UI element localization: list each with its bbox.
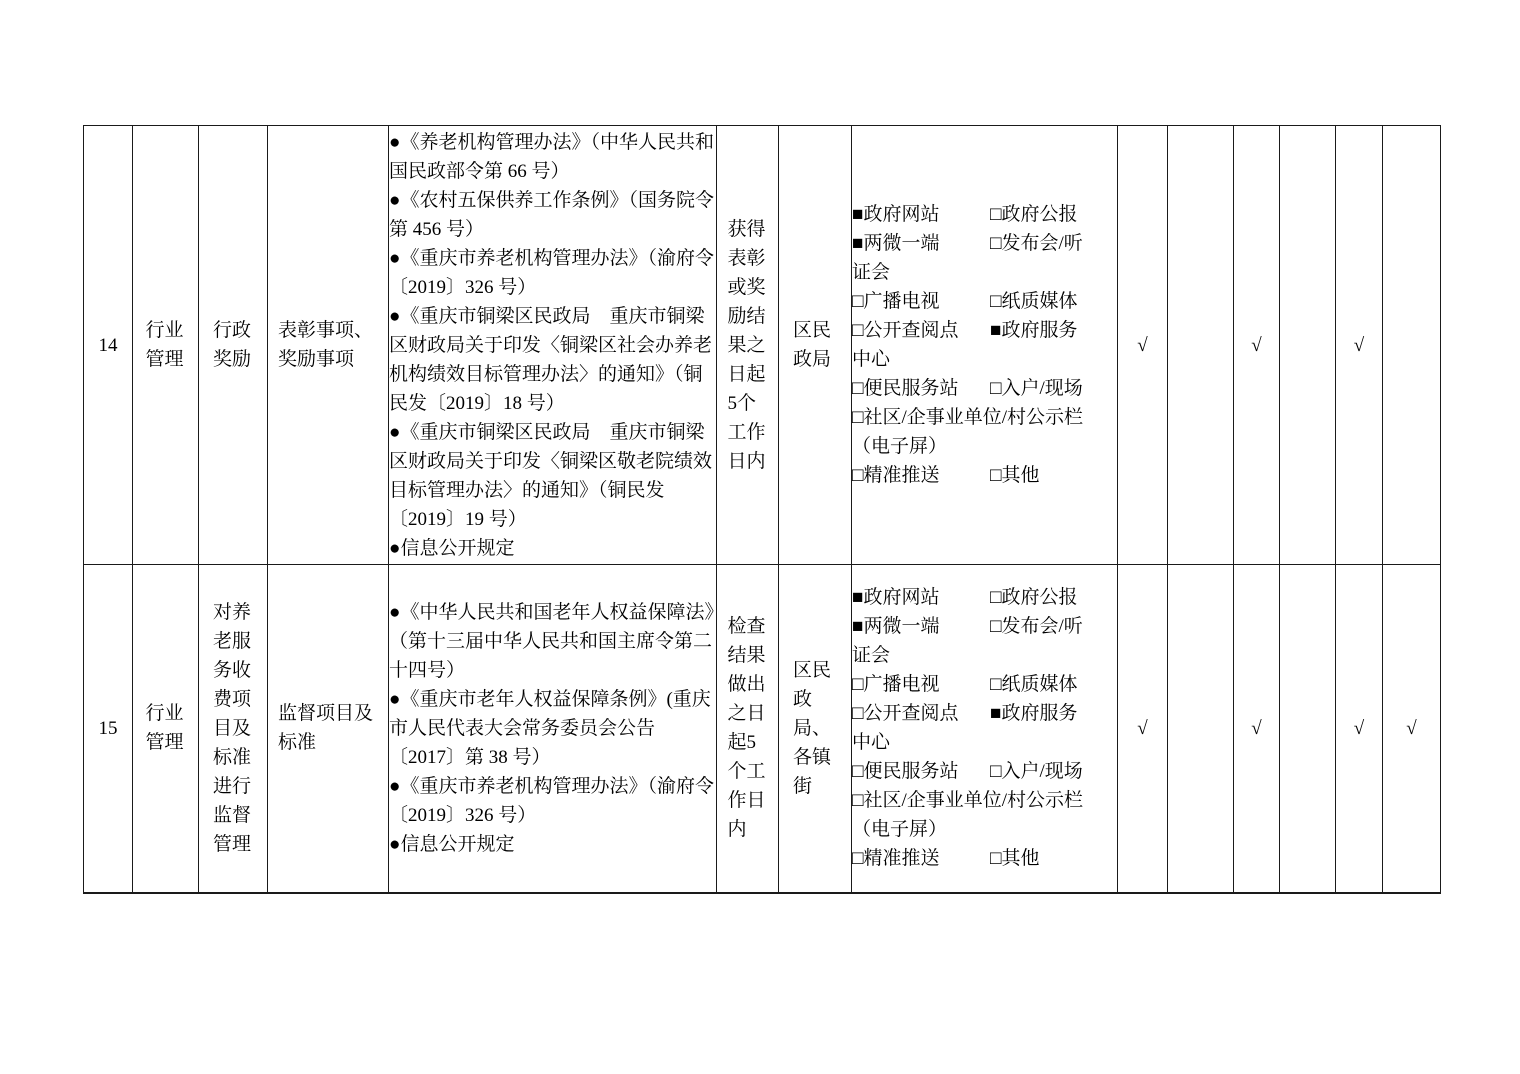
cell-check-4 xyxy=(1280,126,1336,565)
channel-item-left: □广播电视 xyxy=(852,287,990,316)
channel-item-right: ■政府服务 xyxy=(990,316,1077,345)
channel-item-left: ■两微一端 xyxy=(852,229,990,258)
cell-responsible-dept: 区民政局、各镇街 xyxy=(779,565,852,893)
cell-check-1: √ xyxy=(1118,126,1168,565)
channel-line: ■政府网站□政府公报 xyxy=(852,200,1117,229)
cell-category: 行业管理 xyxy=(133,126,199,565)
channel-item-left: □公开查阅点 xyxy=(852,699,990,728)
time-limit-text: 检查结果做出之日起5个工作日内 xyxy=(728,612,768,844)
cell-legal-basis: ●《中华人民共和国老年人权益保障法》（第十三届中华人民共和国主席令第二十四号） … xyxy=(389,565,717,893)
channel-item-right: □政府公报 xyxy=(990,200,1077,229)
channel-line: □便民服务站□入户/现场 xyxy=(852,757,1117,786)
channel-item-right: □纸质媒体 xyxy=(990,287,1077,316)
cell-disclosure-channels: ■政府网站□政府公报 ■两微一端□发布会/听 证会 □广播电视□纸质媒体 □公开… xyxy=(852,126,1118,565)
cell-power-matter: 行政奖励 xyxy=(199,126,268,565)
cell-check-2 xyxy=(1168,565,1234,893)
category-text: 行业管理 xyxy=(146,699,186,757)
channel-line: 证会 xyxy=(852,258,1117,287)
channel-item-left: 中心 xyxy=(852,728,990,757)
cell-disclosure-item: 表彰事项、奖励事项 xyxy=(268,126,389,565)
document-page: 14 行业管理 行政奖励 表彰事项、奖励事项 ●《养老机构管理办法》（中华人民共… xyxy=(0,0,1520,1074)
channel-line: □广播电视□纸质媒体 xyxy=(852,670,1117,699)
cell-time-limit: 获得表彰或奖励结果之日起5个工作日内 xyxy=(717,126,779,565)
cell-check-5: √ xyxy=(1336,565,1383,893)
time-limit-text: 获得表彰或奖励结果之日起5个工作日内 xyxy=(728,215,768,476)
channel-line: □公开查阅点■政府服务 xyxy=(852,316,1117,345)
channel-item-left: ■两微一端 xyxy=(852,612,990,641)
channel-item-left: ■政府网站 xyxy=(852,200,990,229)
channel-line: □公开查阅点■政府服务 xyxy=(852,699,1117,728)
cell-category: 行业管理 xyxy=(133,565,199,893)
cell-seq: 15 xyxy=(84,565,133,893)
disclosure-item-text: 监督项目及标准 xyxy=(278,699,378,757)
legal-basis-item: ●《重庆市养老机构管理办法》（渝府令〔2019〕326 号） xyxy=(389,244,716,302)
channel-item-right: □入户/现场 xyxy=(990,757,1083,786)
cell-check-2 xyxy=(1168,126,1234,565)
channel-item-left: （电子屏） xyxy=(852,815,990,844)
channel-line: ■两微一端□发布会/听 xyxy=(852,229,1117,258)
channel-item-right: □入户/现场 xyxy=(990,374,1083,403)
channel-line: □社区/企事业单位/村公示栏 xyxy=(852,786,1117,815)
channel-item-left: 中心 xyxy=(852,345,990,374)
channel-item-left: （电子屏） xyxy=(852,432,990,461)
legal-basis-item: ●《重庆市老年人权益保障条例》(重庆市人民代表大会常务委员会公告〔2017〕第 … xyxy=(389,685,716,772)
channel-line: ■政府网站□政府公报 xyxy=(852,583,1117,612)
channel-item-left: □广播电视 xyxy=(852,670,990,699)
disclosure-table: 14 行业管理 行政奖励 表彰事项、奖励事项 ●《养老机构管理办法》（中华人民共… xyxy=(83,125,1441,894)
channel-item-left: □便民服务站 xyxy=(852,374,990,403)
channel-item-left: □社区/企事业单位/村公示栏 xyxy=(852,403,1083,432)
legal-basis-item: ●《重庆市铜梁区民政局 重庆市铜梁区财政局关于印发〈铜梁区社会办养老机构绩效目标… xyxy=(389,302,716,418)
channel-item-left: □便民服务站 xyxy=(852,757,990,786)
legal-basis-item: ●《重庆市养老机构管理办法》（渝府令〔2019〕326 号） xyxy=(389,772,716,830)
power-matter-text: 对养老服务收费项目及标准进行监督管理 xyxy=(213,598,253,859)
responsible-dept-text: 区民政局、各镇街 xyxy=(793,656,837,801)
channel-line: 中心 xyxy=(852,728,1117,757)
table-row-14: 14 行业管理 行政奖励 表彰事项、奖励事项 ●《养老机构管理办法》（中华人民共… xyxy=(84,126,1441,565)
legal-basis-item: ●《中华人民共和国老年人权益保障法》（第十三届中华人民共和国主席令第二十四号） xyxy=(389,598,716,685)
cell-check-6: √ xyxy=(1383,565,1441,893)
responsible-dept-text: 区民政局 xyxy=(793,316,837,374)
cell-time-limit: 检查结果做出之日起5个工作日内 xyxy=(717,565,779,893)
cell-check-5: √ xyxy=(1336,126,1383,565)
cell-legal-basis: ●《养老机构管理办法》（中华人民共和国民政部令第 66 号） ●《农村五保供养工… xyxy=(389,126,717,565)
channel-line: □精准推送□其他 xyxy=(852,461,1117,490)
channel-line: □精准推送□其他 xyxy=(852,844,1117,873)
channel-item-left: 证会 xyxy=(852,641,990,670)
channel-item-left: □社区/企事业单位/村公示栏 xyxy=(852,786,1083,815)
channel-item-right: □其他 xyxy=(990,844,1039,873)
legal-basis-item: ●《重庆市铜梁区民政局 重庆市铜梁区财政局关于印发〈铜梁区敬老院绩效目标管理办法… xyxy=(389,418,716,534)
channel-line: □社区/企事业单位/村公示栏 xyxy=(852,403,1117,432)
channel-item-right: □政府公报 xyxy=(990,583,1077,612)
cell-check-1: √ xyxy=(1118,565,1168,893)
channel-item-left: □精准推送 xyxy=(852,844,990,873)
cell-responsible-dept: 区民政局 xyxy=(779,126,852,565)
cell-power-matter: 对养老服务收费项目及标准进行监督管理 xyxy=(199,565,268,893)
channel-line: □广播电视□纸质媒体 xyxy=(852,287,1117,316)
cell-check-6 xyxy=(1383,126,1441,565)
channel-line: 证会 xyxy=(852,641,1117,670)
cell-check-3: √ xyxy=(1234,126,1280,565)
cell-disclosure-item: 监督项目及标准 xyxy=(268,565,389,893)
channel-item-right: □发布会/听 xyxy=(990,229,1083,258)
cell-seq: 14 xyxy=(84,126,133,565)
channel-item-left: ■政府网站 xyxy=(852,583,990,612)
table-row-15: 15 行业管理 对养老服务收费项目及标准进行监督管理 监督项目及标准 ●《中华人… xyxy=(84,565,1441,893)
legal-basis-item: ●《养老机构管理办法》（中华人民共和国民政部令第 66 号） xyxy=(389,128,716,186)
channel-line: □便民服务站□入户/现场 xyxy=(852,374,1117,403)
channel-item-right: □其他 xyxy=(990,461,1039,490)
category-text: 行业管理 xyxy=(146,316,186,374)
channel-item-left: 证会 xyxy=(852,258,990,287)
channel-line: 中心 xyxy=(852,345,1117,374)
channel-line: （电子屏） xyxy=(852,815,1117,844)
channel-item-right: □发布会/听 xyxy=(990,612,1083,641)
cell-check-3: √ xyxy=(1234,565,1280,893)
channel-item-left: □精准推送 xyxy=(852,461,990,490)
power-matter-text: 行政奖励 xyxy=(213,316,253,374)
cell-check-4 xyxy=(1280,565,1336,893)
legal-basis-item: ●信息公开规定 xyxy=(389,830,716,859)
disclosure-item-text: 表彰事项、奖励事项 xyxy=(278,316,378,374)
channel-item-left: □公开查阅点 xyxy=(852,316,990,345)
channel-item-right: ■政府服务 xyxy=(990,699,1077,728)
channel-line: （电子屏） xyxy=(852,432,1117,461)
legal-basis-item: ●《农村五保供养工作条例》（国务院令第 456 号） xyxy=(389,186,716,244)
channel-line: ■两微一端□发布会/听 xyxy=(852,612,1117,641)
legal-basis-item: ●信息公开规定 xyxy=(389,534,716,563)
cell-disclosure-channels: ■政府网站□政府公报 ■两微一端□发布会/听 证会 □广播电视□纸质媒体 □公开… xyxy=(852,565,1118,893)
channel-item-right: □纸质媒体 xyxy=(990,670,1077,699)
